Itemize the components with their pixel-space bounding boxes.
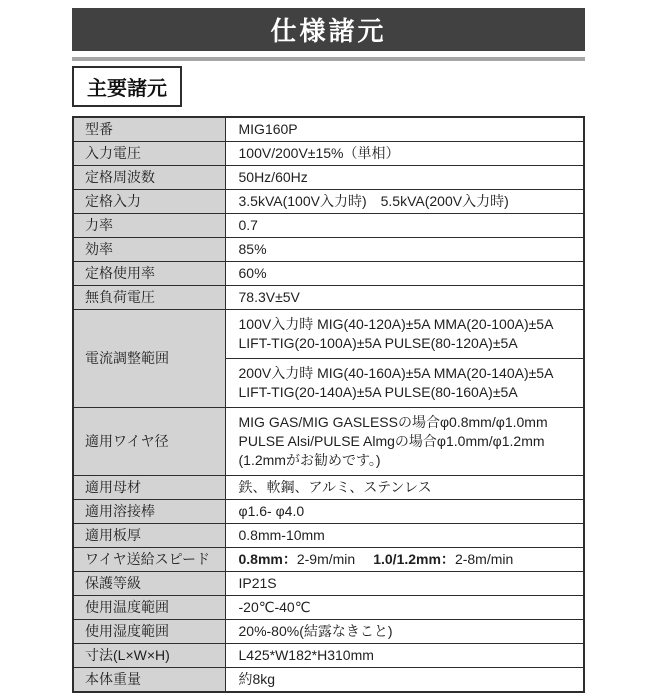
spec-label-input-voltage: 入力電圧 bbox=[73, 142, 225, 166]
rated-frequency-row: 定格周波数 50Hz/60Hz bbox=[73, 166, 584, 190]
spec-value-humidity-range: 20%-80%(結露なきこと) bbox=[225, 620, 584, 644]
base-material-row: 適用母材 鉄、軟鋼、アルミ、ステンレス bbox=[73, 476, 584, 500]
feed-speed-0_8mm-value: 2-9m/min bbox=[297, 551, 355, 567]
rated-input-row: 定格入力 3.5kVA(100V入力時) 5.5kVA(200V入力時) bbox=[73, 190, 584, 214]
spec-label-model: 型番 bbox=[73, 117, 225, 142]
spec-label-efficiency: 効率 bbox=[73, 238, 225, 262]
spec-value-plate-thickness: 0.8mm-10mm bbox=[225, 524, 584, 548]
spec-value-efficiency: 85% bbox=[225, 238, 584, 262]
feed-speed-1_0mm-value: 2-8m/min bbox=[455, 551, 513, 567]
no-load-voltage-row: 無負荷電圧 78.3V±5V bbox=[73, 286, 584, 310]
spec-value-input-voltage: 100V/200V±15%（単相） bbox=[225, 142, 584, 166]
spec-value-rated-frequency: 50Hz/60Hz bbox=[225, 166, 584, 190]
spec-label-current-range: 電流調整範囲 bbox=[73, 310, 225, 408]
dimensions-row: 寸法(L×W×H) L425*W182*H310mm bbox=[73, 644, 584, 658]
power-factor-row: 力率 0.7 bbox=[73, 214, 584, 238]
spec-label-humidity-range: 使用湿度範囲 bbox=[73, 620, 225, 644]
spec-value-rated-input: 3.5kVA(100V入力時) 5.5kVA(200V入力時) bbox=[225, 190, 584, 214]
protection-class-row: 保護等級 IP21S bbox=[73, 572, 584, 596]
spec-label-base-material: 適用母材 bbox=[73, 476, 225, 500]
electrode-row: 適用溶接棒 φ1.6- φ4.0 bbox=[73, 500, 584, 524]
spec-label-no-load-voltage: 無負荷電圧 bbox=[73, 286, 225, 310]
spec-label-wire-feed-speed: ワイヤ送給スピード bbox=[73, 548, 225, 572]
wire-feed-speed-row: ワイヤ送給スピード 0.8mm：2-9m/min1.0/1.2mm：2-8m/m… bbox=[73, 548, 584, 572]
spec-value-current-range-200v: 200V入力時 MIG(40-160A)±5A MMA(20-140A)±5A … bbox=[225, 359, 584, 408]
feed-speed-0_8mm-label: 0.8mm： bbox=[239, 551, 297, 567]
spec-value-duty-cycle: 60% bbox=[225, 262, 584, 286]
humidity-range-row: 使用湿度範囲 20%-80%(結露なきこと) bbox=[73, 620, 584, 644]
spec-label-rated-input: 定格入力 bbox=[73, 190, 225, 214]
duty-cycle-row: 定格使用率 60% bbox=[73, 262, 584, 286]
model-row: 型番 MIG160P bbox=[73, 117, 584, 142]
spec-value-current-range-100v: 100V入力時 MIG(40-120A)±5A MMA(20-100A)±5A … bbox=[225, 310, 584, 359]
content-area: 仕様諸元 主要諸元 型番 MIG160P 入力電圧 100V/200V±15%（… bbox=[72, 8, 585, 657]
spec-label-electrode: 適用溶接棒 bbox=[73, 500, 225, 524]
spec-value-dimensions: L425*W182*H310mm bbox=[225, 644, 584, 658]
efficiency-row: 効率 85% bbox=[73, 238, 584, 262]
spec-label-protection-class: 保護等級 bbox=[73, 572, 225, 596]
spec-value-no-load-voltage: 78.3V±5V bbox=[225, 286, 584, 310]
temperature-range-row: 使用温度範囲 -20℃-40℃ bbox=[73, 596, 584, 620]
section-label-box: 主要諸元 bbox=[72, 66, 182, 107]
spec-label-wire-diameter: 適用ワイヤ径 bbox=[73, 408, 225, 476]
page-title: 仕様諸元 bbox=[270, 11, 386, 48]
spec-label-dimensions: 寸法(L×W×H) bbox=[73, 644, 225, 658]
title-banner: 仕様諸元 bbox=[72, 8, 585, 51]
spec-value-protection-class: IP21S bbox=[225, 572, 584, 596]
spec-table: 型番 MIG160P 入力電圧 100V/200V±15%（単相） 定格周波数 … bbox=[72, 116, 585, 657]
spec-label-duty-cycle: 定格使用率 bbox=[73, 262, 225, 286]
spec-label-power-factor: 力率 bbox=[73, 214, 225, 238]
spec-label-plate-thickness: 適用板厚 bbox=[73, 524, 225, 548]
spec-value-wire-feed-speed: 0.8mm：2-9m/min1.0/1.2mm：2-8m/min bbox=[225, 548, 584, 572]
spec-value-temperature-range: -20℃-40℃ bbox=[225, 596, 584, 620]
section-label: 主要諸元 bbox=[87, 78, 167, 100]
plate-thickness-row: 適用板厚 0.8mm-10mm bbox=[73, 524, 584, 548]
current-range-row-100v: 電流調整範囲 100V入力時 MIG(40-120A)±5A MMA(20-10… bbox=[73, 310, 584, 359]
feed-speed-1_0mm-label: 1.0/1.2mm： bbox=[373, 551, 455, 567]
spec-value-power-factor: 0.7 bbox=[225, 214, 584, 238]
spec-value-base-material: 鉄、軟鋼、アルミ、ステンレス bbox=[225, 476, 584, 500]
spec-value-electrode: φ1.6- φ4.0 bbox=[225, 500, 584, 524]
spec-label-rated-frequency: 定格周波数 bbox=[73, 166, 225, 190]
wire-diameter-row: 適用ワイヤ径 MIG GAS/MIG GASLESSの場合φ0.8mm/φ1.0… bbox=[73, 408, 584, 476]
divider-double-rule bbox=[72, 57, 585, 61]
spec-value-wire-diameter: MIG GAS/MIG GASLESSの場合φ0.8mm/φ1.0mm PULS… bbox=[225, 408, 584, 476]
spec-value-model: MIG160P bbox=[225, 117, 584, 142]
spec-label-temperature-range: 使用温度範囲 bbox=[73, 596, 225, 620]
input-voltage-row: 入力電圧 100V/200V±15%（単相） bbox=[73, 142, 584, 166]
